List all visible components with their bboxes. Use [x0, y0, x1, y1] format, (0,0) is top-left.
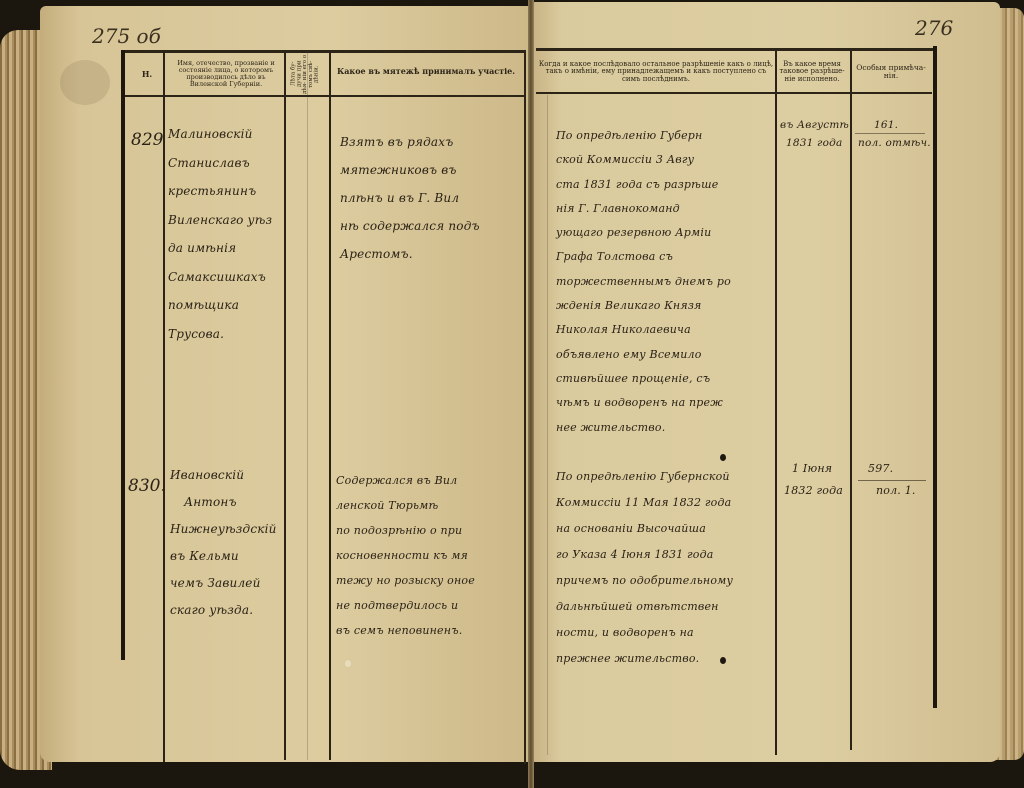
- rule-after-years: [329, 50, 331, 760]
- rule-years-split: [307, 50, 308, 760]
- header-bottom-rule-right: [536, 92, 932, 94]
- ledger-spread: 275 об 276 Н. Имя, отечество, прозваніе …: [0, 0, 1024, 788]
- header-years: Лѣта бу- дучи при дѣя- ніи его о томъ св…: [284, 54, 328, 94]
- header-role: Какое въ мятежѣ принималъ участіе.: [330, 56, 522, 86]
- entry-name: Ивановскій Антонъ Нижнеуѣздскій въ Кельм…: [170, 462, 277, 624]
- header-name: Имя, отечество, прозваніе и состояніе ли…: [168, 55, 284, 93]
- rule-right-outer: [933, 46, 937, 708]
- binding-hole: [720, 454, 726, 461]
- entry-decision: По опредѣленію Губернской Коммиссіи 11 М…: [556, 464, 733, 672]
- entry-role: Содержался въ Вил ленской Тюрьмѣ по подо…: [336, 468, 475, 643]
- rule-left-outer: [121, 50, 125, 660]
- entry-name: Малиновскій Станиславъ крестьянинъ Вилен…: [168, 120, 272, 348]
- paper-stain: [60, 60, 110, 105]
- rule-after-number: [163, 50, 165, 762]
- rule-after-executed: [850, 50, 852, 750]
- entry-remarks: 161. пол. отмѣч.: [858, 116, 931, 152]
- rule-after-name: [284, 50, 286, 760]
- header-top-rule-right: [536, 48, 934, 51]
- header-decision: Когда и какое послѣдовало остальное разр…: [538, 53, 774, 91]
- left-folio-number: 275 об: [92, 24, 161, 48]
- right-folio-number: 276: [915, 16, 953, 40]
- entry-executed: 1 Іюня 1832 года: [784, 458, 843, 502]
- entry-role: Взятъ въ рядахъ мятежниковъ въ плѣнъ и в…: [340, 128, 480, 268]
- binding-hole: [720, 657, 726, 664]
- remarks-underline: [855, 133, 925, 134]
- header-top-rule-left: [122, 50, 524, 53]
- header-number: Н.: [128, 56, 166, 92]
- entry-number: 830.: [128, 476, 166, 496]
- rule-after-decision: [775, 50, 777, 755]
- rule-left-inner: [524, 50, 526, 764]
- header-executed: Въ какое время таковое разрѣше- ніе испо…: [775, 53, 849, 91]
- book-gutter: [528, 0, 534, 788]
- remarks-underline: [858, 480, 926, 481]
- entry-number: 829: [131, 130, 163, 150]
- entry-executed: въ Августѣ 1831 года: [780, 116, 849, 152]
- entry-decision: По опредѣленію Губерн ской Коммиссіи 3 А…: [556, 124, 731, 440]
- header-bottom-rule-left: [124, 95, 524, 97]
- rule-right-margin: [547, 95, 548, 755]
- binding-hole: [345, 660, 351, 667]
- header-remarks: Особыя примѣча- нія.: [851, 53, 931, 91]
